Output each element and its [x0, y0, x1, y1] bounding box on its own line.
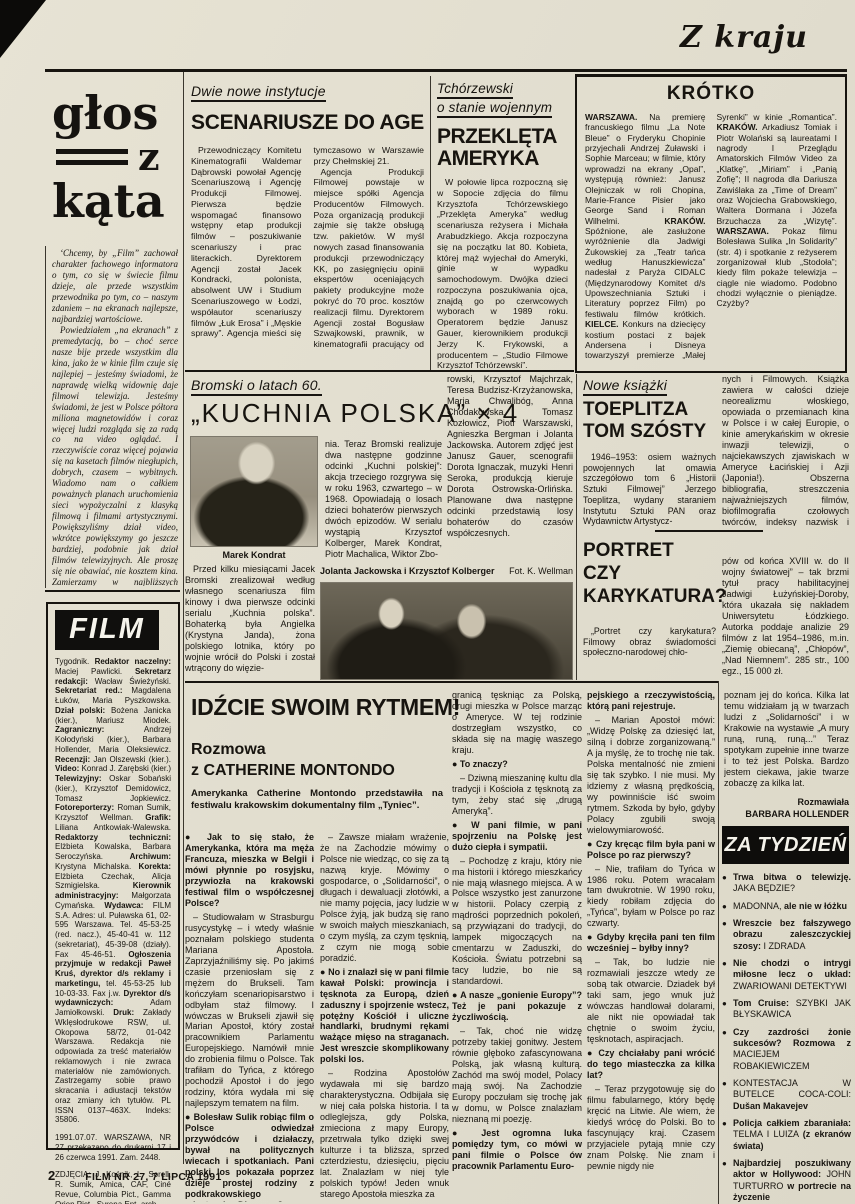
article-body: 1946–1953: osiem ważnych powojennych lat… [583, 452, 716, 528]
krotko-city: KIELCE. [585, 319, 622, 329]
article-headline: TOEPLITZA TOM SZÓSTY [583, 399, 706, 443]
interview-column: granicą tęskniąc za Polską, drugi mieszk… [452, 690, 582, 1202]
bullet-icon: ● [722, 999, 727, 1009]
krotko-item-text: Spóźnione, ale zasłużone wyróżnienie dla… [585, 226, 706, 319]
krotko-title: KRÓTKO [585, 83, 837, 105]
interview-answer: – Nie, trafiłam do Tyńca w 1986 roku. Po… [587, 864, 715, 930]
column-divider [430, 76, 431, 370]
interview-answer: – Zawsze miałam wrażenie, że na Zachodzi… [320, 832, 449, 964]
headline-line: TOEPLITZA [583, 399, 706, 421]
body-paragraph: Agencja Produkcji Filmowej powstaje w mi… [314, 145, 425, 357]
interview-answer: – Rodzina Apostołów wydawała mi się bard… [320, 1068, 449, 1200]
interview-question: ● W pani filmie, w pani spojrzeniu na Po… [452, 820, 582, 853]
krotko-item-text: Pokaz filmu Bolesława Sulika „In Solidar… [717, 226, 838, 309]
editorial-paragraph: ‘Chcemy, by „Film” zachował charakter fa… [52, 248, 178, 325]
section-rule [185, 370, 574, 372]
glos-z-kata-logo: głos z kąta [52, 90, 178, 224]
article-body-continuation: pów od końca XVIII w. do II wojny świato… [722, 556, 849, 678]
krotko-city: WARSZAWA. [717, 226, 783, 236]
za-tydzien-list: ●Trwa bitwa o telewizję. JAKA BĘDZIE?●MA… [722, 872, 851, 1204]
masthead-box: FILM Tygodnik. Redaktor naczelny: Maciej… [46, 602, 180, 1150]
headline-line: KARYKATURA? [583, 586, 727, 609]
article-body: Przewodniczący Komitetu Kinematografii W… [191, 145, 424, 357]
interview-answer: – Dziwną mieszaninę kultu dla tradycji i… [452, 773, 582, 817]
article-body-column: nia. Teraz Bromski realizuje dwa następn… [325, 439, 442, 561]
glos-logo-bars [56, 143, 128, 171]
interview-column: ● Jak to się stało, że Amerykanka, która… [185, 832, 314, 1202]
interview-question: ● A nasze „gonienie Europy”? Też je pani… [452, 990, 582, 1023]
interview-question: ● Gdyby kręciła pani ten film wcześniej … [587, 932, 715, 954]
za-tydzien-item: ●Czy zazdrości żonie sukcesów? Rozmowa z… [722, 1027, 851, 1072]
interview-answer: – Studiowałam w Strasburgu rusycystykę –… [185, 912, 314, 1109]
photo-caption: Marek Kondrat [190, 550, 318, 560]
interview-question: ● Bolesław Sulik robiąc film o Polsce od… [185, 1112, 314, 1202]
interview-subhead: Rozmowa z CATHERINE MONTONDO [191, 740, 395, 782]
article-body: W połowie lipca rozpoczną się w Sopocie … [437, 177, 568, 371]
za-tydzien-item: ●Tom Cruise: SZYBKI JAK BŁYSKAWICA [722, 998, 851, 1021]
bullet-icon: ● [722, 1119, 727, 1129]
section-label: Z kraju [680, 20, 808, 55]
caption-names: Jolanta Jackowska i Krzysztof Kolberger [320, 566, 495, 576]
interview-answer: – Pochodzę z kraju, który nie ma histori… [452, 856, 582, 988]
krotko-body: WARSZAWA. Na premierę francuskiego filmu… [585, 112, 837, 364]
column-divider-right [718, 681, 719, 1204]
film-logo: FILM [55, 610, 159, 650]
article-kicker: Bromski o latach 60. [191, 377, 322, 396]
masthead-top-rule [45, 590, 180, 592]
article-kicker: Dwie nowe instytucje [191, 83, 326, 102]
photo-caption: Jolanta Jackowska i Krzysztof Kolberger … [320, 566, 573, 576]
interview-answer: – Teraz przygotowuję się do filmu fabula… [587, 1084, 715, 1172]
newspaper-page: Z kraju głos z kąta ‘Chcemy, by „Film” z… [0, 0, 855, 1204]
glos-logo-word1: głos [52, 90, 178, 136]
krotko-item-text: Arkadiusz Tomiak i Piotr Wolański są lau… [717, 122, 838, 225]
bullet-icon: ● [722, 1028, 727, 1038]
interview-column: pejskiego a rzeczywistością, którą pani … [587, 690, 715, 1202]
za-tydzien-banner: ZA TYDZIEŃ [722, 826, 849, 864]
editorial-left-rule [45, 246, 46, 588]
article-body: „Portret czy karykatura? Filmowy obraz ś… [583, 626, 716, 678]
article-przekleta-ameryka: Tchórzewski o stanie wojennym PRZEKLĘTA … [437, 80, 568, 372]
glos-logo-word3: kąta [52, 178, 178, 224]
masthead-colophon: 1991.07.07. WARSZAWA, NR 27 przekazano d… [55, 1133, 171, 1162]
krotko-item-text: Na premierę francuskiego filmu „La Note … [585, 112, 706, 226]
closing-byline: BARBARA HOLLENDER [724, 808, 849, 820]
article-kicker: Tchórzewski [437, 81, 513, 99]
interview-lead: Amerykanka Catherine Montondo przedstawi… [191, 788, 443, 813]
interview-question: ● No i znalazł się w pani filmie kawał P… [320, 967, 449, 1066]
scan-corner-mark [0, 0, 46, 58]
interview-answer: poznam jej do końca. Kilka lat temu widz… [724, 690, 849, 789]
interview-column: – Zawsze miałam wrażenie, że na Zachodzi… [320, 832, 449, 1202]
article-scenariusze: Dwie nowe instytucje SCENARIUSZE DO AGEN… [191, 83, 424, 370]
interview-answer: – Tak, choć nie widzę potrzeby takiej go… [452, 1026, 582, 1125]
article-body-column: rowski, Krzysztof Majchrzak, Teresa Budz… [447, 374, 573, 562]
bullet-icon: ● [722, 902, 727, 912]
interview-answer: granicą tęskniąc za Polską, drugi mieszk… [452, 690, 582, 756]
za-tydzien-item: ●KONTESTACJA W BUTELCE COCA-COLI: Dušan … [722, 1078, 851, 1112]
article-headline: PORTRET CZY KARYKATURA? [583, 540, 727, 608]
article-body-column: Przed kilku miesiącami Jacek Bromski zre… [185, 564, 315, 688]
interview-closing: Rozmawiała BARBARA HOLLENDER [724, 796, 849, 820]
interview-question: ● Czy kręcąc film była pani w Polsce po … [587, 839, 715, 861]
interview-question: pejskiego a rzeczywistością, którą pani … [587, 690, 715, 712]
article-headline: PRZEKLĘTA AMERYKA [437, 126, 568, 170]
bullet-icon: ● [722, 1079, 727, 1089]
krotko-city: KRAKÓW. [717, 122, 763, 132]
page-number: 2 [48, 1168, 55, 1183]
za-tydzien-item: ●Najbardziej poszukiwany aktor w Hollywo… [722, 1158, 851, 1203]
article-body-continuation: nych i Filmowych. Książka zawiera w cało… [722, 374, 849, 526]
subhead-line: Rozmowa [191, 740, 395, 761]
za-tydzien-item: ●Wreszcie bez fałszywego obrazu zaleszcz… [722, 918, 851, 952]
interview-question: ● To znaczy? [452, 759, 582, 770]
column-divider-left [183, 72, 184, 1164]
krotko-box: KRÓTKO WARSZAWA. Na premierę francuskieg… [575, 74, 847, 373]
za-tydzien-item: ●Trwa bitwa o telewizję. JAKA BĘDZIE? [722, 872, 851, 895]
bullet-icon: ● [722, 919, 727, 929]
interview-question: ● Jest ogromna luka pomiędzy tym, co mów… [452, 1128, 582, 1172]
za-tydzien-item: ●Policja całkiem zbaraniała: TELMA I LUI… [722, 1118, 851, 1152]
interview-question: ● Jak to się stało, że Amerykanka, która… [185, 832, 314, 909]
column-divider [576, 374, 577, 680]
article-headline: SCENARIUSZE DO AGENCJI [191, 111, 424, 135]
closing-line: Rozmawiała [724, 796, 849, 808]
za-tydzien-item: ●Nie chodzi o intrygi miłosne lecz o ukł… [722, 958, 851, 992]
headline-line: CZY [583, 563, 727, 586]
interview-question: ● Czy chciałaby pani wrócić do tego mias… [587, 1048, 715, 1081]
editorial-paragraph: Powiedziałem „na ekranach” z premedytacj… [52, 325, 178, 586]
bullet-icon: ● [722, 873, 727, 883]
photo-credit: Fot. K. Wellman [509, 566, 573, 576]
interview-headline: IDŹCIE SWOIM RYTMEM! [191, 694, 460, 721]
za-tydzien-item: ●MADONNA, ale nie w łóżku [722, 901, 851, 912]
article-kicker: Nowe książki [583, 377, 667, 396]
krotko-city: WARSZAWA. [585, 112, 649, 122]
interview-answer: – Tak, bo ludzie nie rozmawiali jeszcze … [587, 957, 715, 1045]
article-kicker-line2: o stanie wojennym [437, 100, 552, 118]
section-rule-short [655, 530, 763, 532]
interview-column: poznam jej do końca. Kilka lat temu widz… [724, 690, 849, 792]
subhead-line: z CATHERINE MONTONDO [191, 761, 395, 782]
photo-jolanta-jackowska-krzysztof-kolberger [320, 582, 573, 680]
interview-answer: – Marian Apostoł mówi: „Widzę Polskę za … [587, 715, 715, 836]
bullet-icon: ● [722, 1159, 727, 1169]
krotko-city: KRAKÓW. [664, 216, 705, 226]
glos-logo-word2: z [138, 138, 160, 176]
masthead-text: Tygodnik. Redaktor naczelny: Maciej Pawl… [55, 657, 171, 1125]
top-rule [45, 69, 847, 72]
headline-line: PORTRET [583, 540, 727, 563]
photo-marek-kondrat [190, 436, 318, 547]
bullet-icon: ● [722, 959, 727, 969]
section-rule [185, 681, 718, 683]
headline-line: TOM SZÓSTY [583, 421, 706, 443]
editorial-column: ‘Chcemy, by „Film” zachował charakter fa… [52, 248, 178, 586]
